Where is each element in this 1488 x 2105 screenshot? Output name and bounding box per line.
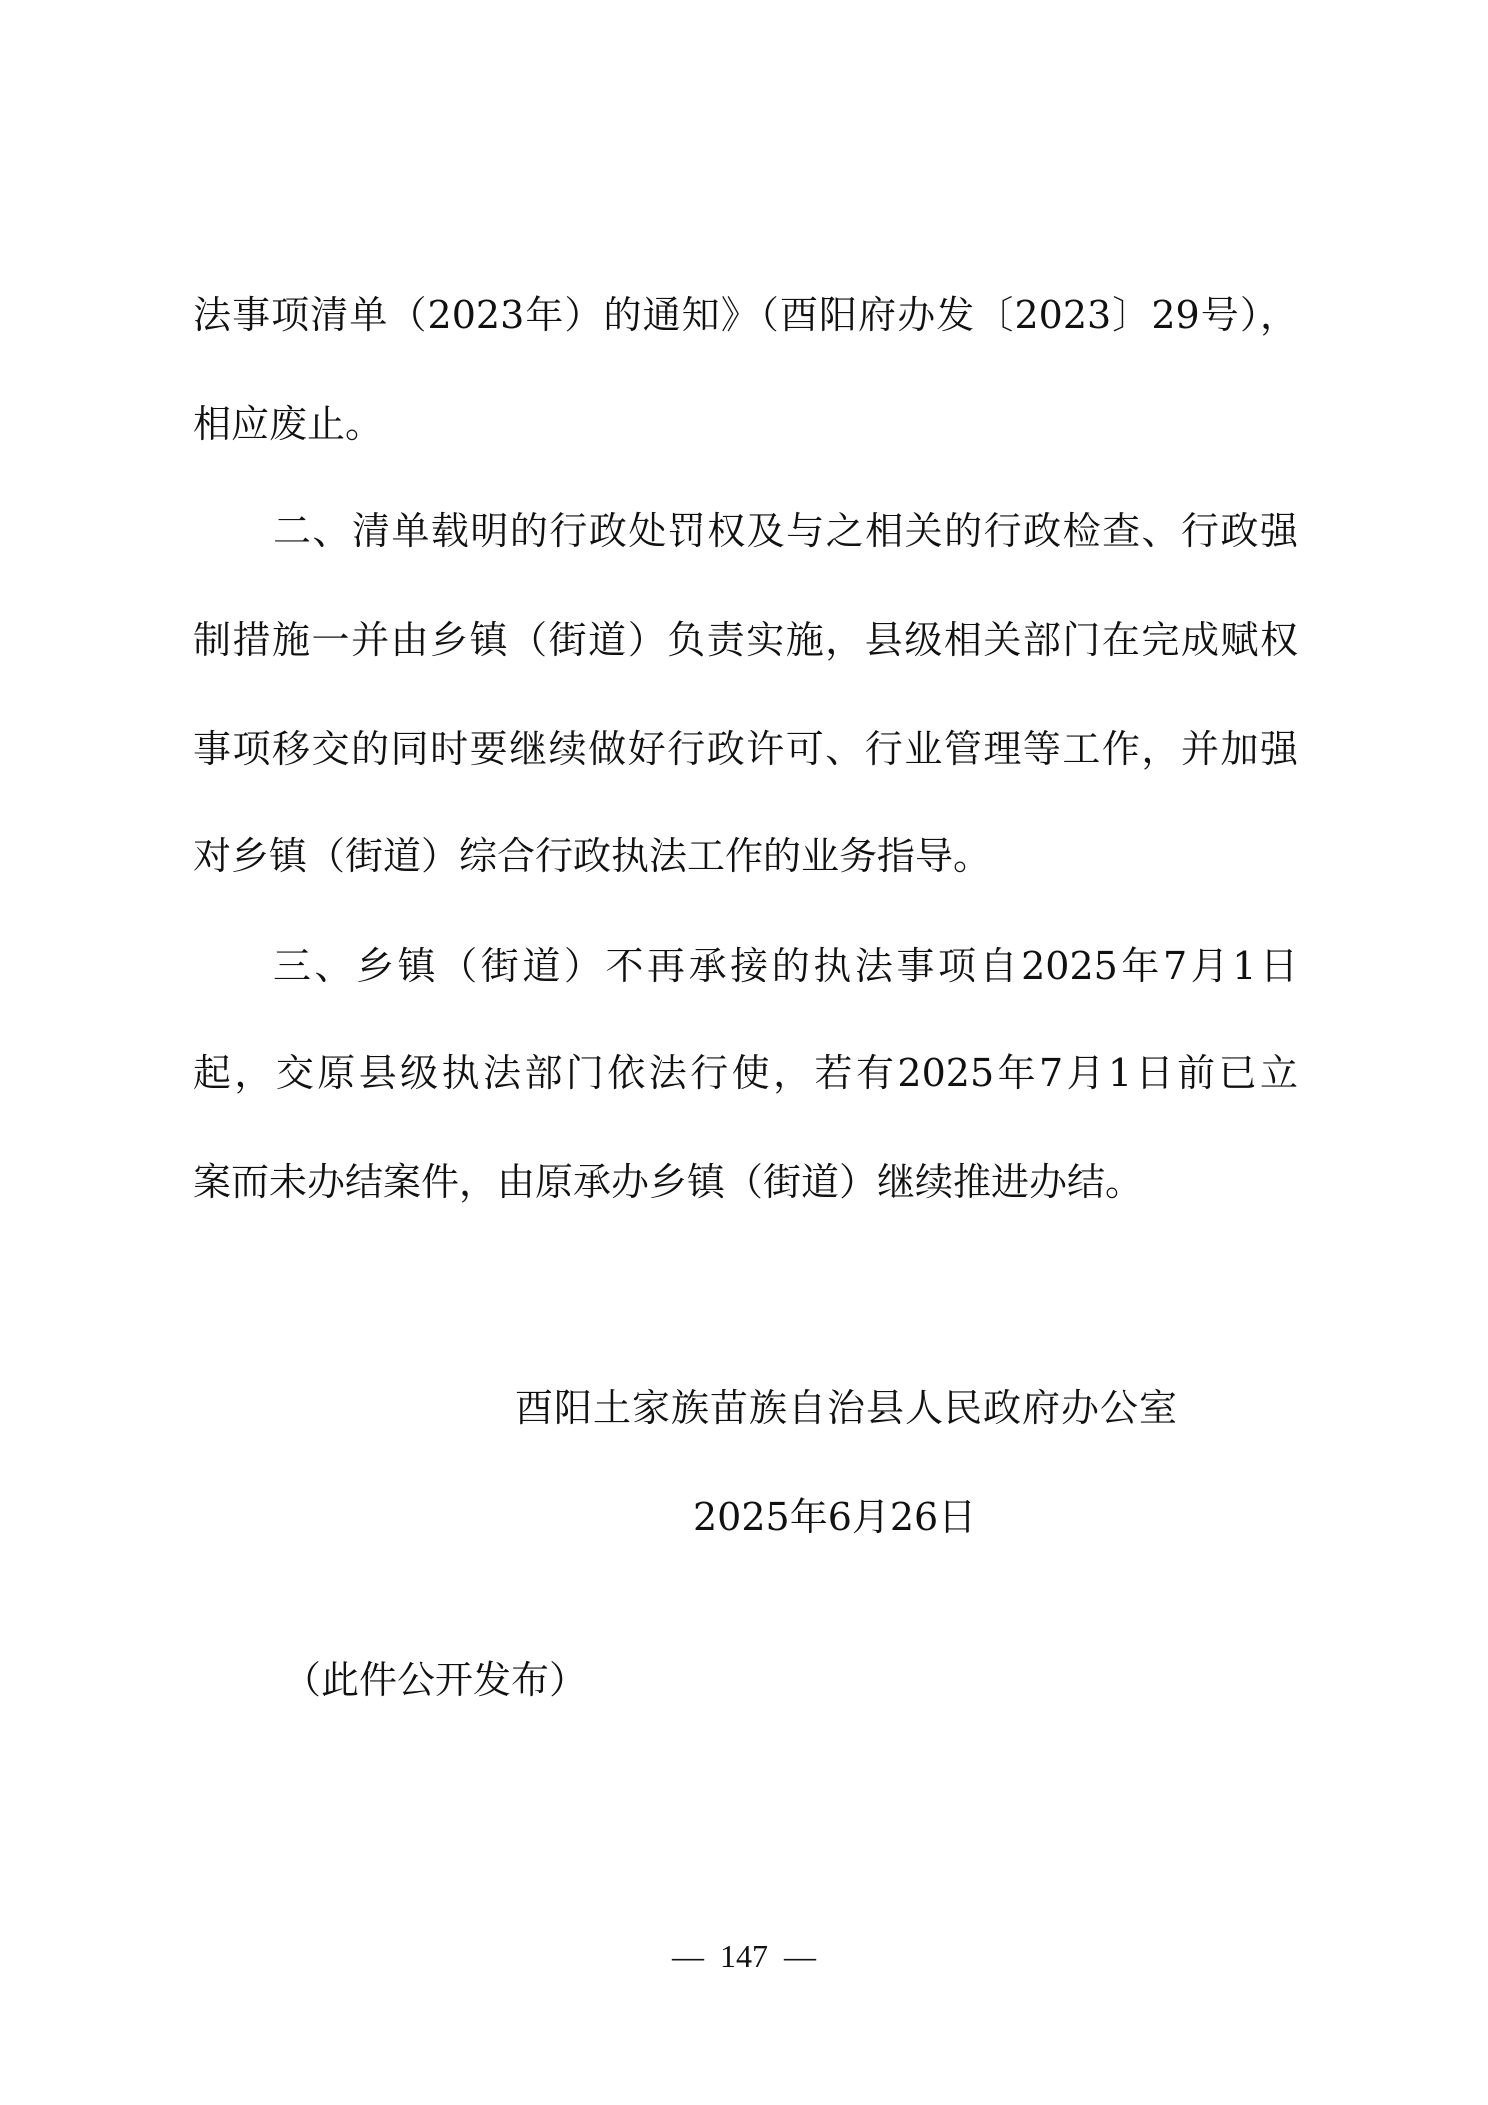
paragraph-two-line-1: 二、清单载明的行政处罚权及与之相关的行政检查、行政强 [273, 503, 1298, 559]
paragraph-one-line-1: 法事项清单（2023年）的通知》（酉阳府办发〔2023〕29号）， [193, 287, 1298, 343]
publish-note: （此件公开发布） [283, 1652, 587, 1708]
paragraph-two-line-3: 事项移交的同时要继续做好行政许可、行业管理等工作，并加强 [193, 721, 1298, 777]
page-number: — 147 — [0, 1936, 1488, 1976]
paragraph-one-line-2: 相应废止。 [193, 396, 383, 452]
issuer-signature: 酉阳土家族苗族自治县人民政府办公室 [515, 1380, 1178, 1436]
paragraph-two-line-4: 对乡镇（街道）综合行政执法工作的业务指导。 [193, 828, 991, 884]
paragraph-three-line-2: 起，交原县级执法部门依法行使，若有2025年7月1日前已立 [193, 1045, 1298, 1101]
paragraph-three-line-3: 案而未办结案件，由原承办乡镇（街道）继续推进办结。 [193, 1154, 1143, 1210]
paragraph-two-line-2: 制措施一并由乡镇（街道）负责实施，县级相关部门在完成赋权 [193, 612, 1298, 668]
issue-date: 2025年6月26日 [693, 1489, 976, 1545]
paragraph-three-line-1: 三、乡镇（街道）不再承接的执法事项自2025年7月1日 [273, 938, 1298, 994]
document-page: 法事项清单（2023年）的通知》（酉阳府办发〔2023〕29号）， 相应废止。 … [0, 0, 1488, 2105]
